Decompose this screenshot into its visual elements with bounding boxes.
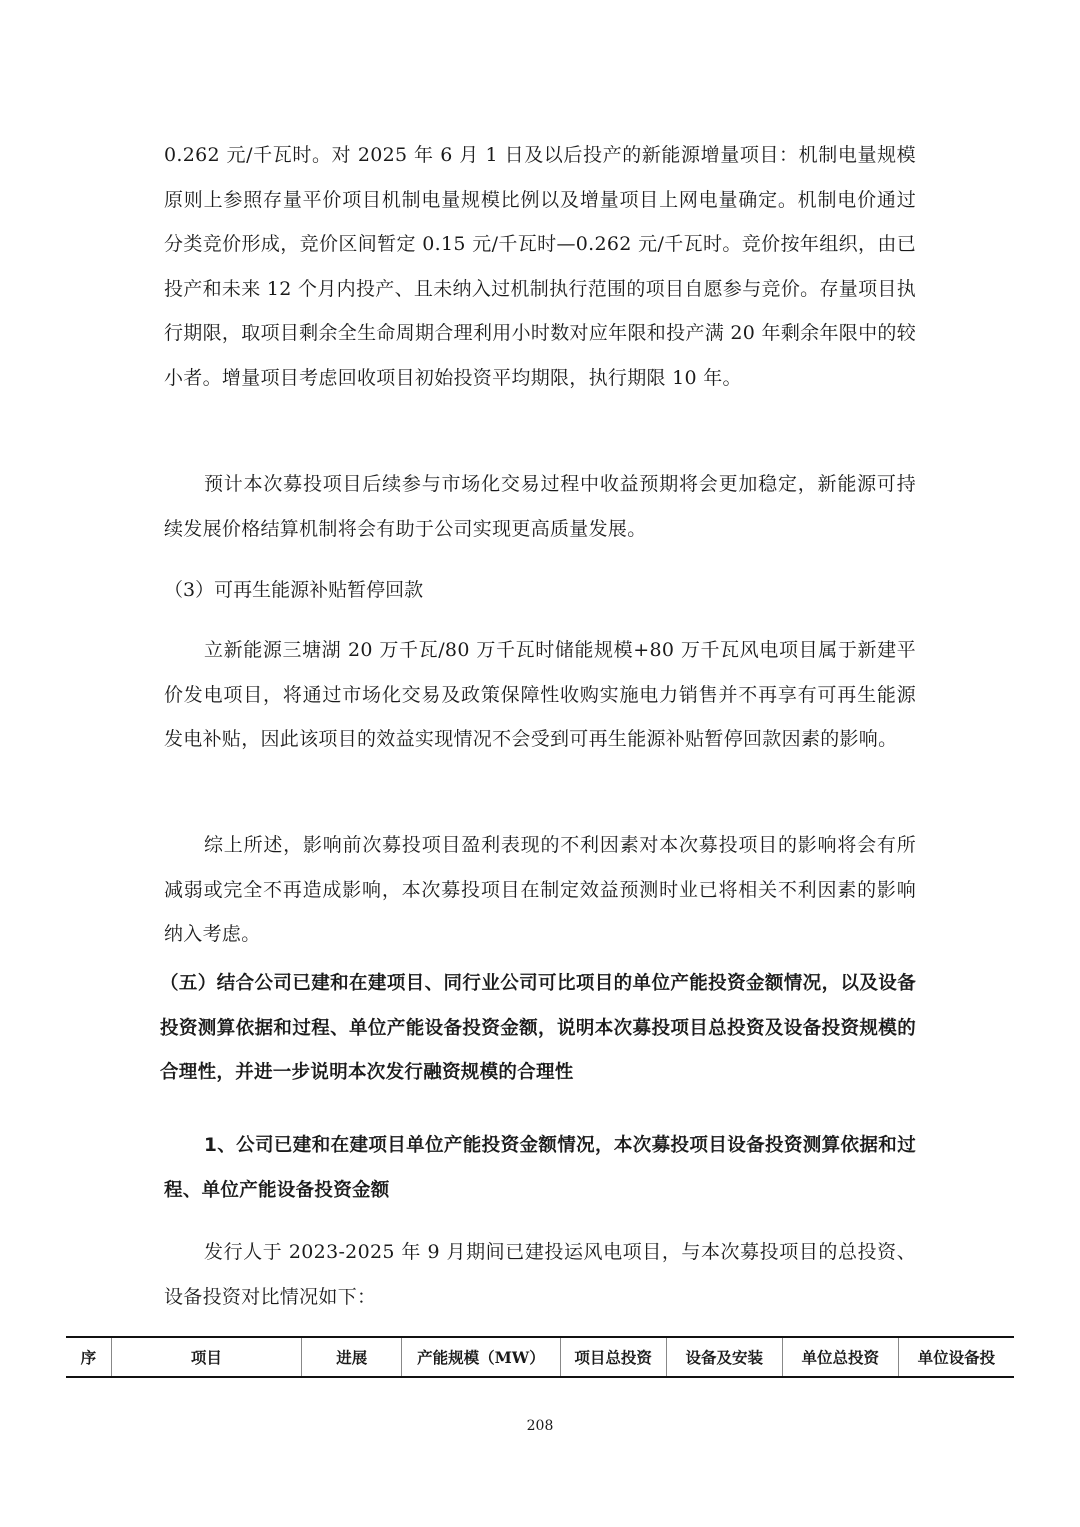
subheading-subsidy-suspension: （3）可再生能源补贴暂停回款 xyxy=(164,568,916,612)
investment-comparison-table: 序 项目 进展 产能规模（MW） 项目总投资 设备及安装 单位总投资 单位设备投 xyxy=(66,1336,1014,1378)
page-number: 208 xyxy=(0,1418,1080,1434)
header-unit-total-investment: 单位总投资 xyxy=(782,1337,898,1377)
section-heading-five: （五）结合公司已建和在建项目、同行业公司可比项目的单位产能投资金额情况，以及设备… xyxy=(160,962,916,1096)
subsection-heading-one: 1、公司已建和在建项目单位产能投资金额情况，本次募投项目设备投资测算依据和过程、… xyxy=(164,1124,916,1213)
header-unit-equipment-investment: 单位设备投 xyxy=(898,1337,1014,1377)
header-project: 项目 xyxy=(111,1337,301,1377)
paragraph-conclusion: 综上所述，影响前次募投项目盈利表现的不利因素对本次募投项目的影响将会有所减弱或完… xyxy=(164,823,916,957)
document-page: 0.262 元/千瓦时。对 2025 年 6 月 1 日及以后投产的新能源增量项… xyxy=(0,0,1080,1527)
header-capacity: 产能规模（MW） xyxy=(402,1337,560,1377)
header-index: 序 xyxy=(66,1337,111,1377)
paragraph-santanghu-project: 立新能源三塘湖 20 万千瓦/80 万千瓦时储能规模+80 万千瓦风电项目属于新… xyxy=(164,628,916,762)
table-header-row: 序 项目 进展 产能规模（MW） 项目总投资 设备及安装 单位总投资 单位设备投 xyxy=(66,1337,1014,1377)
header-total-investment: 项目总投资 xyxy=(560,1337,666,1377)
paragraph-table-intro: 发行人于 2023-2025 年 9 月期间已建投运风电项目，与本次募投项目的总… xyxy=(164,1230,916,1319)
paragraph-mechanism-price: 0.262 元/千瓦时。对 2025 年 6 月 1 日及以后投产的新能源增量项… xyxy=(164,133,916,400)
paragraph-expected-revenue: 预计本次募投项目后续参与市场化交易过程中收益预期将会更加稳定，新能源可持续发展价… xyxy=(164,462,916,551)
header-progress: 进展 xyxy=(302,1337,402,1377)
header-equipment-install: 设备及安装 xyxy=(666,1337,782,1377)
